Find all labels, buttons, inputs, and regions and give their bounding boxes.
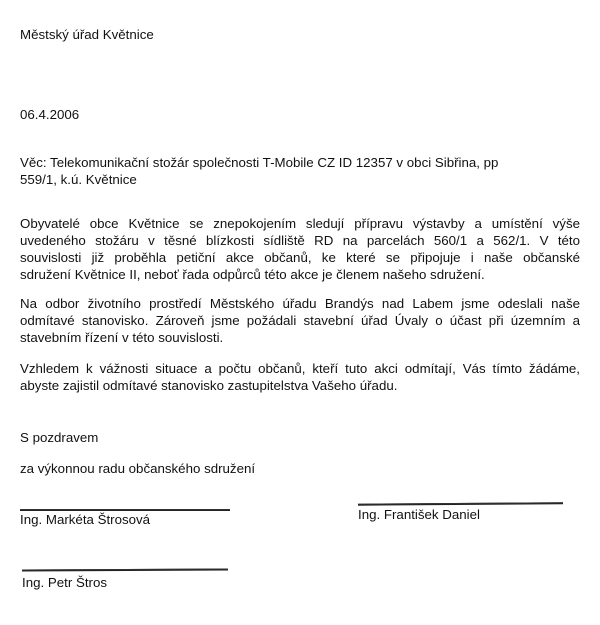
- paragraph-residents-concern: Obyvatelé obce Květnice se znepokojením …: [20, 215, 580, 283]
- signatory-name: Ing. František Daniel: [358, 507, 480, 522]
- paragraph-line: uvedeného stožáru v těsné blízkosti sídl…: [20, 232, 580, 249]
- paragraph-request: Vzhledem k vážnosti situace a počtu obča…: [20, 360, 580, 394]
- paragraph-line: stavebním řízení v této souvislosti.: [20, 329, 580, 346]
- letter-date: 06.4.2006: [20, 107, 79, 123]
- paragraph-line: abyste zajistil odmítavé stanovisko zast…: [20, 377, 580, 394]
- signatory-name: Ing. Markéta Štrosová: [20, 512, 150, 527]
- paragraph-line: Na odbor životního prostředí Městského ú…: [20, 295, 580, 312]
- paragraph-line: sdružení Květnice II, neboť řada odpůrců…: [20, 266, 580, 283]
- subject: Věc: Telekomunikační stožár společnosti …: [20, 154, 580, 188]
- greeting: S pozdravem: [20, 430, 98, 446]
- on-behalf-line: za výkonnou radu občanského sdružení: [20, 461, 255, 477]
- signature-line: [20, 509, 230, 511]
- signature-line: [358, 502, 563, 505]
- paragraph-line: souvislosti již proběhla petiční akce ob…: [20, 249, 580, 266]
- paragraph-actions-taken: Na odbor životního prostředí Městského ú…: [20, 295, 580, 346]
- signature-line: [22, 568, 228, 571]
- subject-line: Věc: Telekomunikační stožár společnosti …: [20, 154, 580, 171]
- addressee: Městský úřad Květnice: [20, 27, 154, 43]
- paragraph-line: odmítavé stanovisko. Zároveň jsme požáda…: [20, 312, 580, 329]
- paragraph-line: Obyvatelé obce Květnice se znepokojením …: [20, 215, 580, 232]
- paragraph-line: Vzhledem k vážnosti situace a počtu obča…: [20, 360, 580, 377]
- subject-line: 559/1, k.ú. Květnice: [20, 171, 580, 188]
- signatory-name: Ing. Petr Štros: [22, 575, 107, 590]
